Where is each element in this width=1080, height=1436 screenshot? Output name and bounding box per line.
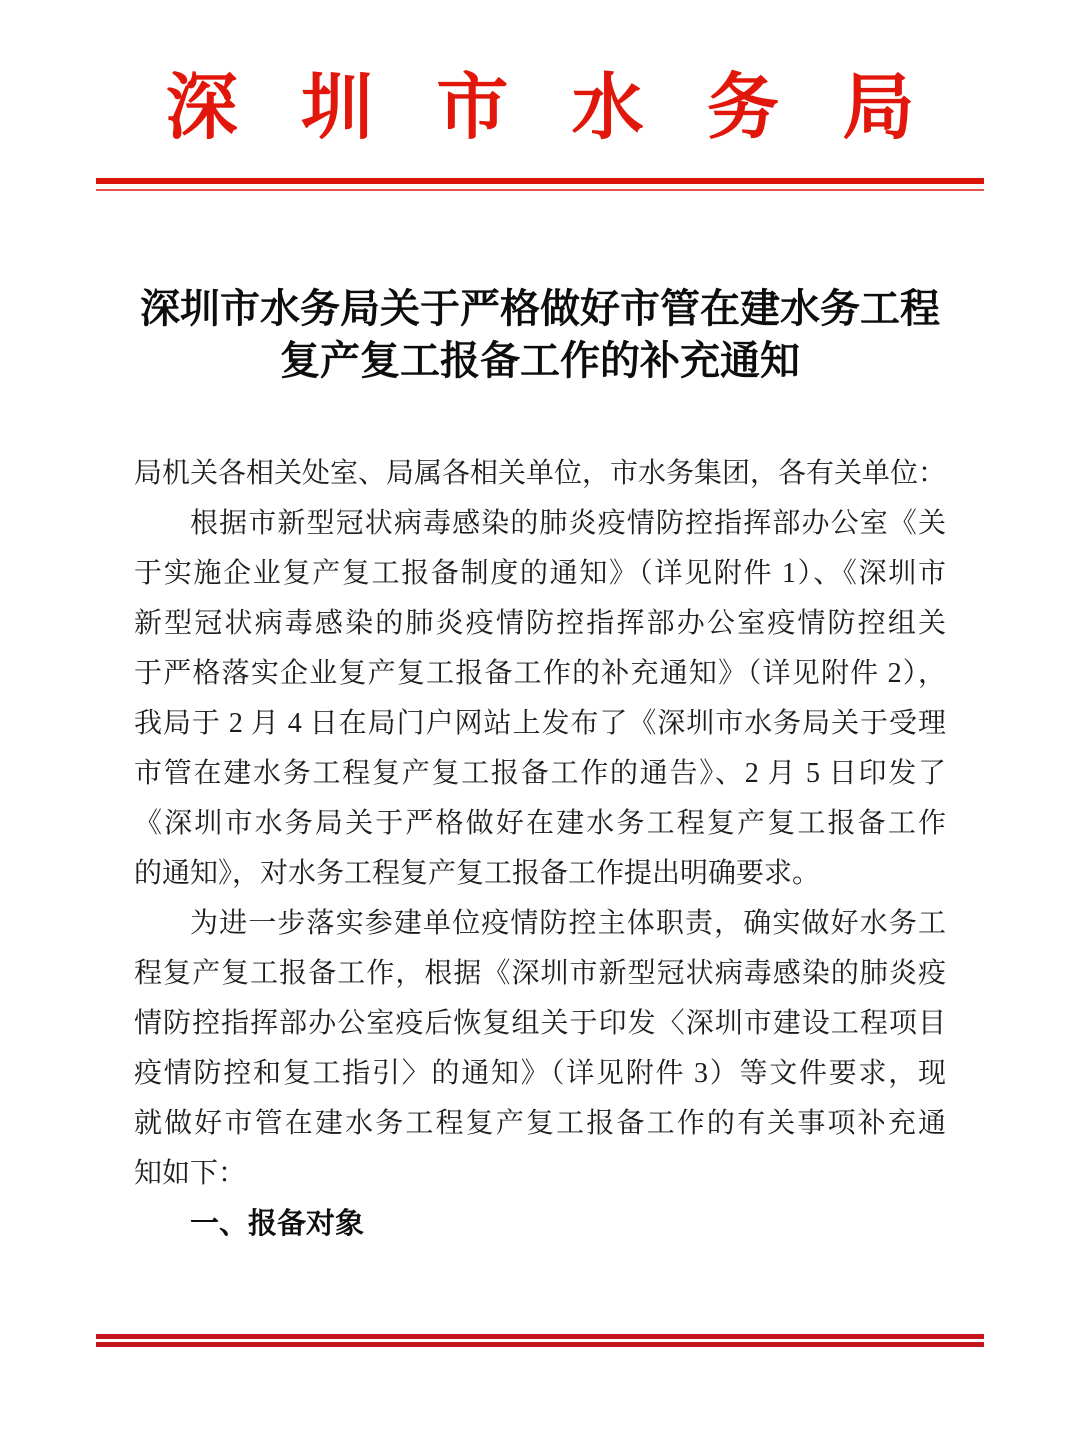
- body-line: 根据市新型冠状病毒感染的肺炎疫情防控指挥部办公室《关: [134, 499, 946, 549]
- body-line: 为进一步落实参建单位疫情防控主体职责，确实做好水务工: [134, 899, 946, 949]
- body-line: 就做好市管在建水务工程复产复工报备工作的有关事项补充通: [134, 1099, 946, 1149]
- letterhead-rule-thick: [96, 178, 984, 184]
- body-line: 市管在建水务工程复产复工报备工作的通告》、2 月 5 日印发了: [134, 749, 946, 799]
- body-line: 于严格落实企业复产复工报备工作的补充通知》（详见附件 2），: [134, 649, 946, 699]
- letterhead-rules: [96, 178, 984, 191]
- document-title-line-2: 复产复工报备工作的补充通知: [110, 335, 970, 387]
- footer-rule-top: [96, 1334, 984, 1339]
- body-line: 情防控指挥部办公室疫后恢复组关于印发〈深圳市建设工程项目: [134, 999, 946, 1049]
- letterhead-rule-thin: [96, 189, 984, 191]
- footer-rule-bottom: [96, 1342, 984, 1347]
- body-line: 疫情防控和复工指引〉的通知》（详见附件 3）等文件要求，现: [134, 1049, 946, 1099]
- agency-name: 深圳市水务局: [0, 72, 1080, 144]
- section-heading: 一、报备对象: [134, 1199, 946, 1249]
- document-title-line-1: 深圳市水务局关于严格做好市管在建水务工程: [110, 283, 970, 335]
- body-line: 于实施企业复产复工报备制度的通知》（详见附件 1）、《深圳市: [134, 549, 946, 599]
- body-line: 知如下：: [134, 1149, 946, 1199]
- salutation-line: 局机关各相关处室、局属各相关单位，市水务集团，各有关单位：: [134, 449, 946, 499]
- body-line: 程复产复工报备工作，根据《深圳市新型冠状病毒感染的肺炎疫: [134, 949, 946, 999]
- body-line: 我局于 2 月 4 日在局门户网站上发布了《深圳市水务局关于受理: [134, 699, 946, 749]
- document-body: 局机关各相关处室、局属各相关单位，市水务集团，各有关单位： 根据市新型冠状病毒感…: [134, 449, 946, 1249]
- footer-rules: [96, 1334, 984, 1347]
- body-line: 《深圳市水务局关于严格做好在建水务工程复产复工报备工作: [134, 799, 946, 849]
- document-title: 深圳市水务局关于严格做好市管在建水务工程 复产复工报备工作的补充通知: [110, 283, 970, 387]
- body-line: 新型冠状病毒感染的肺炎疫情防控指挥部办公室疫情防控组关: [134, 599, 946, 649]
- body-line: 的通知》，对水务工程复产复工报备工作提出明确要求。: [134, 849, 946, 899]
- document-page: 深圳市水务局 深圳市水务局关于严格做好市管在建水务工程 复产复工报备工作的补充通…: [0, 0, 1080, 1436]
- letterhead: 深圳市水务局: [0, 72, 1080, 191]
